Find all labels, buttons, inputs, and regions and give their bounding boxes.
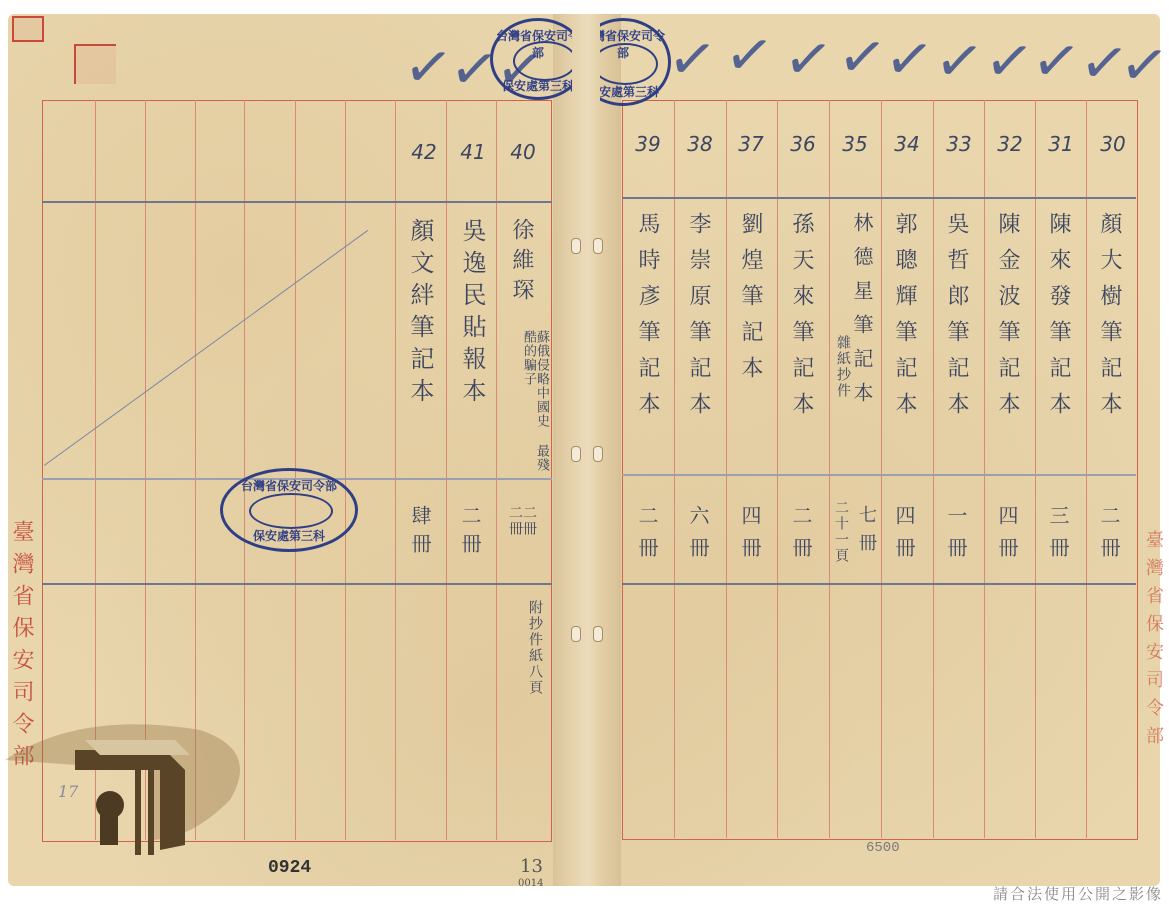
entry-title: 吳逸民貼報本 — [460, 218, 484, 410]
entry-title: 陳金波筆記本 — [996, 212, 1018, 428]
entry-remark: 附抄件紙八頁 — [528, 600, 542, 696]
entry-quantity: 二冊 二冊 — [508, 505, 536, 565]
entry-title: 吳哲郎筆記本 — [945, 212, 967, 428]
red-stamp — [74, 44, 116, 84]
grid-rule — [42, 583, 552, 585]
checkmark-icon: ✓ — [664, 27, 720, 91]
entry-number: 36 — [790, 132, 815, 156]
grid-line — [829, 100, 830, 838]
entry-number: 42 — [411, 140, 436, 164]
entry-title: 徐維琛 — [510, 218, 532, 308]
grid-line — [395, 100, 396, 840]
seal-text: 台灣省保安司令部 — [493, 27, 583, 61]
binding-hole — [571, 446, 581, 462]
grid-rule — [42, 201, 552, 203]
grid-line — [446, 100, 447, 840]
entry-quantity: 六冊 — [688, 505, 708, 569]
grid-line — [726, 100, 727, 838]
seal-text: 保安處第三科 — [493, 77, 583, 94]
entry-title: 顏大樹筆記本 — [1098, 212, 1120, 428]
entry-quantity: 二冊 — [637, 505, 657, 569]
grid-rule — [622, 583, 1136, 585]
binding-hole — [593, 238, 603, 254]
side-print-right: 臺灣省保安司令部 — [1140, 530, 1166, 754]
grid-line — [984, 100, 985, 838]
entry-number: 37 — [738, 132, 763, 156]
seal-text: 台灣省保安司令部 — [223, 477, 355, 494]
binding-hole — [571, 626, 581, 642]
folio-number: 0924 — [268, 858, 311, 878]
entry-number: 31 — [1048, 132, 1073, 156]
entry-title: 李崇原筆記本 — [687, 212, 709, 428]
entry-title: 馬時彥筆記本 — [636, 212, 658, 428]
entry-quantity: 七冊 — [857, 505, 875, 561]
entry-quantity: 四冊 — [740, 505, 760, 569]
checkmark-icon: ✓ — [881, 27, 937, 91]
entry-number: 40 — [510, 140, 535, 164]
entry-quantity: 四冊 — [997, 505, 1017, 569]
grid-line — [881, 100, 882, 838]
checkmark-icon: ✓ — [780, 27, 836, 91]
archive-logo — [0, 710, 250, 860]
binding-hole — [571, 238, 581, 254]
official-seal: 台灣省保安司令部 保安處第三科 — [490, 18, 586, 100]
checkmark-icon: ✓ — [1116, 33, 1169, 97]
binding-hole — [593, 446, 603, 462]
grid-line — [1035, 100, 1036, 838]
entry-number: 33 — [946, 132, 971, 156]
entry-title: 劉煌筆記本 — [739, 212, 761, 392]
entry-quantity: 一冊 — [946, 505, 966, 569]
folio-number-faint: 6500 — [866, 840, 900, 856]
grid-rule — [622, 474, 1136, 476]
seal-text: 保安處第三科 — [223, 527, 355, 544]
checkmark-icon: ✓ — [931, 29, 987, 93]
right-page-frame — [622, 100, 1138, 840]
entry-title: 顏文絆筆記本 — [408, 218, 432, 410]
entry-note: 雜紙抄件 — [836, 335, 850, 399]
margin-mark: 17 — [58, 782, 78, 801]
red-stamp — [12, 16, 44, 42]
entry-quantity: 三冊 — [1048, 505, 1068, 569]
book-keyhole-icon — [0, 710, 250, 860]
seal-ring — [249, 493, 333, 529]
usage-notice: 請合法使用公開之影像 — [993, 883, 1163, 904]
grid-line — [933, 100, 934, 838]
entry-title: 孫天來筆記本 — [790, 212, 812, 428]
page-mark: 13 — [520, 856, 543, 877]
grid-line — [674, 100, 675, 838]
entry-quantity: 二冊 — [791, 505, 811, 569]
entry-quantity: 肆冊 — [410, 505, 430, 561]
entry-quantity-note: 二十一頁 — [834, 500, 848, 564]
entry-title: 郭聰輝筆記本 — [893, 212, 915, 428]
entry-number: 38 — [687, 132, 712, 156]
entry-quantity: 二冊 — [1099, 505, 1119, 569]
entry-number: 41 — [460, 140, 485, 164]
entry-quantity: 四冊 — [894, 505, 914, 569]
grid-line — [345, 100, 346, 840]
entry-quantity: 二冊 — [460, 505, 480, 561]
entry-title: 陳來發筆記本 — [1047, 212, 1069, 428]
entry-number: 32 — [997, 132, 1022, 156]
entry-number: 35 — [842, 132, 867, 156]
entry-note: 蘇俄侵略中國史 最殘酷的騙子 — [522, 330, 548, 480]
entry-title: 林德星筆記本 — [852, 212, 872, 416]
binding-hole — [593, 626, 603, 642]
page-mark-small: 0014 — [518, 878, 543, 889]
grid-line — [496, 100, 497, 840]
entry-number: 30 — [1100, 132, 1125, 156]
checkmark-icon: ✓ — [721, 23, 777, 87]
grid-rule — [622, 197, 1136, 199]
binding-spine — [553, 14, 621, 886]
grid-line — [1086, 100, 1087, 838]
entry-number: 39 — [635, 132, 660, 156]
entry-number: 34 — [894, 132, 919, 156]
official-seal: 台灣省保安司令部 保安處第三科 — [220, 468, 358, 552]
grid-line — [777, 100, 778, 838]
